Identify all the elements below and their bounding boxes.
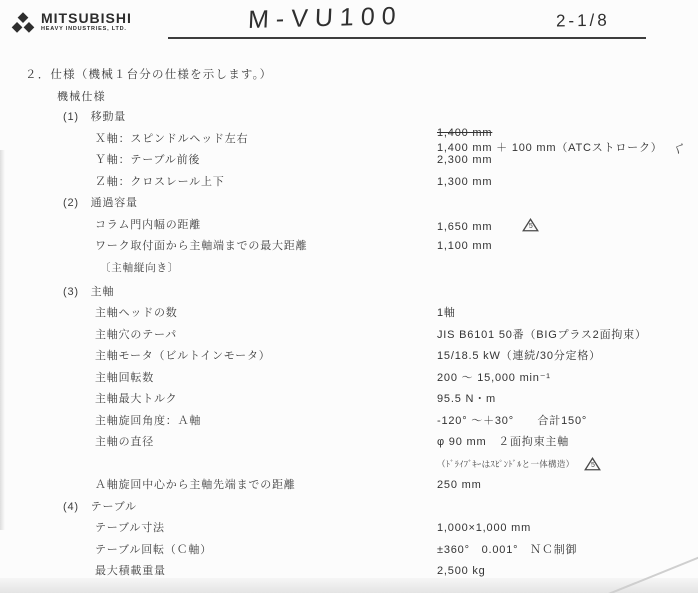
scan-left-edge-artifact bbox=[0, 150, 5, 530]
spec-label: Ｚ軸：クロスレール上下 bbox=[95, 176, 225, 188]
spec-value: 1,400 mm1,400 mm ＋ 100 mm（ATCストローク）く bbox=[437, 126, 686, 155]
brand-subtitle: HEAVY INDUSTRIES, LTD. bbox=[41, 26, 132, 32]
spec-value-text: 1,100 mm bbox=[437, 240, 492, 252]
spec-row: Ｘ軸：スピンドルヘッド左右1,400 mm1,400 mm ＋ 100 mm（A… bbox=[0, 132, 698, 154]
spec-value-text: 1軸 bbox=[437, 307, 456, 319]
spec-row: (3) 主軸 bbox=[0, 285, 698, 307]
spec-value: JIS B6101 50番（BIGプラス2面拘束） bbox=[437, 328, 647, 342]
spec-label: コラム門内幅の距離 bbox=[95, 219, 201, 231]
spec-label: 〔主軸縦向き〕 bbox=[100, 262, 179, 274]
spec-label: 主軸最大トルク bbox=[95, 393, 177, 405]
mitsubishi-logo: MITSUBISHI HEAVY INDUSTRIES, LTD. bbox=[10, 11, 132, 35]
spec-value-text: -120° 〜＋30° 合計150° bbox=[437, 415, 587, 427]
spec-row: テーブル回転（Ｃ軸）±360° 0.001° ＮＣ制御 bbox=[0, 543, 698, 565]
spec-row: Ｙ軸：テーブル前後2,300 mm bbox=[0, 153, 698, 175]
header-underline bbox=[168, 37, 646, 39]
spec-label: 主軸の直径 bbox=[95, 436, 154, 448]
page-number-handwritten: 2-1/8 bbox=[556, 11, 610, 32]
struck-old-value: 1,400 mm bbox=[437, 126, 686, 140]
spec-value: 250 mm bbox=[437, 478, 482, 492]
spec-label: 主軸ヘッドの数 bbox=[95, 307, 178, 319]
spec-row: ワーク取付面から主軸端までの最大距離1,100 mm bbox=[0, 239, 698, 261]
spec-value: 200 〜 15,000 min⁻¹ bbox=[437, 371, 551, 385]
spec-value: 1,100 mm bbox=[437, 239, 492, 253]
spec-row: 主軸ヘッドの数1軸 bbox=[0, 306, 698, 328]
spec-value-text: ±360° 0.001° ＮＣ制御 bbox=[437, 544, 577, 556]
spec-label: テーブル寸法 bbox=[95, 522, 165, 534]
spec-value: 2,300 mm bbox=[437, 153, 492, 167]
spec-row: Ｚ軸：クロスレール上下1,300 mm bbox=[0, 175, 698, 197]
spec-value-text: 250 mm bbox=[437, 479, 482, 491]
group-title: (2) 通過容量 bbox=[63, 197, 138, 209]
group-title: (3) 主軸 bbox=[63, 286, 114, 298]
spec-value: 1軸 bbox=[437, 306, 456, 320]
spec-row: テーブル寸法1,000×1,000 mm bbox=[0, 521, 698, 543]
revision-triangle-icon: 5 bbox=[584, 457, 601, 471]
spec-value-text: 2,300 mm bbox=[437, 154, 492, 166]
spec-row: 主軸の直径φ 90 mm ２面拘束主軸 bbox=[0, 435, 698, 457]
spec-value: 95.5 N・m bbox=[437, 392, 496, 406]
spec-row: (4) テーブル bbox=[0, 500, 698, 522]
spec-label: 主軸穴のテーパ bbox=[95, 329, 177, 341]
spec-rows: (1) 移動量Ｘ軸：スピンドルヘッド左右1,400 mm1,400 mm ＋ 1… bbox=[0, 110, 698, 586]
spec-row: 主軸モータ（ビルトインモータ）15/18.5 kW（連続/30分定格） bbox=[0, 349, 698, 371]
spec-label: 主軸回転数 bbox=[95, 372, 154, 384]
spec-label: 最大積載重量 bbox=[95, 565, 166, 577]
spec-value: 1,650 mm5 bbox=[437, 218, 539, 234]
spec-value-text: φ 90 mm ２面拘束主軸 bbox=[437, 436, 569, 448]
revision-triangle-icon: 5 bbox=[522, 218, 539, 232]
spec-value: 1,300 mm bbox=[437, 175, 492, 189]
spec-value-text: 95.5 N・m bbox=[437, 393, 496, 405]
spec-value-text: JIS B6101 50番（BIGプラス2面拘束） bbox=[437, 329, 647, 341]
spec-row: コラム門内幅の距離1,650 mm5 bbox=[0, 218, 698, 240]
model-number-handwritten: M-VU100 bbox=[247, 2, 403, 35]
spec-label: テーブル回転（Ｃ軸） bbox=[95, 544, 212, 556]
spec-value: ±360° 0.001° ＮＣ制御 bbox=[437, 543, 577, 557]
group-title: (1) 移動量 bbox=[63, 111, 126, 123]
spec-row: 主軸最大トルク95.5 N・m bbox=[0, 392, 698, 414]
group-title: (4) テーブル bbox=[63, 501, 137, 513]
mitsubishi-diamonds-icon bbox=[10, 11, 36, 35]
brand-name: MITSUBISHI bbox=[41, 11, 132, 25]
scan-bottom-strip bbox=[0, 578, 698, 593]
spec-value-text: 1,000×1,000 mm bbox=[437, 522, 531, 534]
spec-value-text: 200 〜 15,000 min⁻¹ bbox=[437, 372, 551, 384]
spec-value-text: 1,650 mm bbox=[437, 221, 492, 233]
spec-row: Ａ軸旋回中心から主軸先端までの距離250 mm bbox=[0, 478, 698, 500]
page-header: MITSUBISHI HEAVY INDUSTRIES, LTD. M-VU10… bbox=[0, 0, 698, 58]
spec-label: Ｘ軸：スピンドルヘッド左右 bbox=[95, 133, 248, 145]
spec-value: 1,000×1,000 mm bbox=[437, 521, 531, 535]
spec-row: 主軸回転数200 〜 15,000 min⁻¹ bbox=[0, 371, 698, 393]
spec-value-text: 15/18.5 kW（連続/30分定格） bbox=[437, 350, 601, 362]
spec-value: -120° 〜＋30° 合計150° bbox=[437, 414, 587, 428]
logo-text: MITSUBISHI HEAVY INDUSTRIES, LTD. bbox=[41, 11, 132, 32]
spec-row: (2) 通過容量 bbox=[0, 196, 698, 218]
section-title: ２．仕様（機械１台分の仕様を示します。） bbox=[25, 66, 272, 82]
spec-value-text: （ﾄﾞﾗｲﾌﾞｷｰはｽﾋﾟﾝﾄﾞﾙと一体構造） bbox=[437, 459, 574, 469]
spec-value-text: 1,300 mm bbox=[437, 176, 492, 188]
spec-label: 主軸旋回角度：Ａ軸 bbox=[95, 415, 201, 427]
spec-label: 主軸モータ（ビルトインモータ） bbox=[95, 350, 271, 362]
spec-row: 主軸穴のテーパJIS B6101 50番（BIGプラス2面拘束） bbox=[0, 328, 698, 350]
spec-value: （ﾄﾞﾗｲﾌﾞｷｰはｽﾋﾟﾝﾄﾞﾙと一体構造）5 bbox=[437, 457, 601, 471]
spec-row: 主軸旋回角度：Ａ軸-120° 〜＋30° 合計150° bbox=[0, 414, 698, 436]
spec-label: Ｙ軸：テーブル前後 bbox=[95, 154, 200, 166]
spec-value: φ 90 mm ２面拘束主軸 bbox=[437, 435, 569, 449]
document-page: MITSUBISHI HEAVY INDUSTRIES, LTD. M-VU10… bbox=[0, 0, 698, 593]
spec-row: （ﾄﾞﾗｲﾌﾞｷｰはｽﾋﾟﾝﾄﾞﾙと一体構造）5 bbox=[0, 457, 698, 479]
spec-value-text: 2,500 kg bbox=[437, 565, 486, 577]
spec-value: 15/18.5 kW（連続/30分定格） bbox=[437, 349, 601, 363]
spec-label: ワーク取付面から主軸端までの最大距離 bbox=[95, 240, 307, 252]
spec-value: 2,500 kg bbox=[437, 564, 486, 578]
spec-row: 〔主軸縦向き〕 bbox=[0, 261, 698, 285]
spec-label: Ａ軸旋回中心から主軸先端までの距離 bbox=[95, 479, 296, 491]
spec-subtitle: 機械仕様 bbox=[57, 88, 106, 104]
